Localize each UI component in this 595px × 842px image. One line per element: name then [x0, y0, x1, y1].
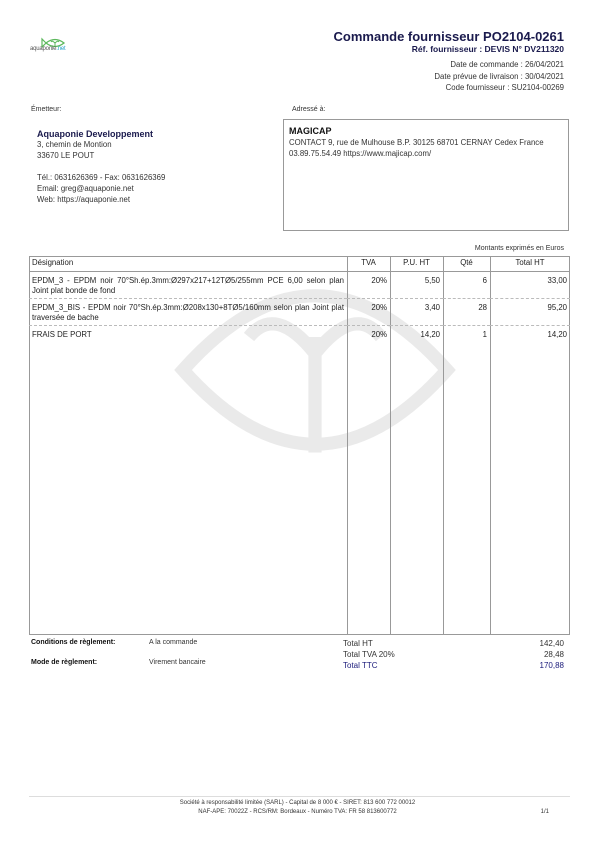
total-ttc-value: 170,88: [540, 661, 564, 670]
total-ht-value: 142,40: [540, 639, 564, 648]
row-unit-price: 3,40: [390, 299, 443, 326]
sender-email: Email: greg@aquaponie.net: [37, 183, 271, 194]
table-row: EPDM_3 - EPDM noir 70°Sh.ép.3mm:Ø297x217…: [29, 272, 570, 299]
row-total-ht: 14,20: [490, 326, 570, 353]
row-designation: FRAIS DE PORT: [29, 326, 347, 353]
total-tva-value: 28,48: [544, 650, 564, 659]
row-tva: 20%: [347, 272, 390, 299]
page-number: 1/1: [541, 809, 549, 815]
header-tva: TVA: [347, 256, 390, 272]
sender-name: Aquaponie Developpement: [37, 129, 271, 139]
row-quantity: 1: [443, 326, 490, 353]
total-tva-label: Total TVA 20%: [343, 650, 395, 659]
order-date: Date de commande : 26/04/2021: [450, 60, 564, 69]
footer-legal-line-1: Société à responsabilité limitée (SARL) …: [0, 800, 595, 806]
row-unit-price: 5,50: [390, 272, 443, 299]
row-unit-price: 14,20: [390, 326, 443, 353]
sender-label: Émetteur:: [31, 106, 61, 113]
row-total-ht: 95,20: [490, 299, 570, 326]
sender-phone: Tél.: 0631626369 - Fax: 0631626369: [37, 172, 271, 183]
row-designation: EPDM_3_BIS - EPDM noir 70°Sh.ép.3mm:Ø208…: [29, 299, 347, 326]
payment-mode-value: Virement bancaire: [149, 659, 206, 666]
recipient-details: CONTACT 9, rue de Mulhouse B.P. 30125 68…: [289, 137, 563, 159]
logo-text: aquaponie.net: [30, 46, 65, 52]
recipient-label: Adressé à:: [292, 106, 325, 113]
header-quantity: Qté: [443, 256, 490, 272]
header-total-ht: Total HT: [490, 256, 570, 272]
items-table: Désignation TVA P.U. HT Qté Total HT EPD…: [29, 256, 570, 352]
payment-conditions-label: Conditions de règlement:: [31, 639, 115, 646]
currency-note: Montants exprimés en Euros: [475, 245, 564, 252]
total-ttc-label: Total TTC: [343, 661, 378, 670]
sender-address-1: 3, chemin de Montion: [37, 139, 271, 150]
row-tva: 20%: [347, 326, 390, 353]
sender-address-2: 33670 LE POUT: [37, 150, 271, 161]
footer-divider: [29, 796, 570, 797]
recipient-block: MAGICAP CONTACT 9, rue de Mulhouse B.P. …: [283, 119, 569, 231]
payment-conditions-value: A la commande: [149, 639, 197, 646]
row-quantity: 28: [443, 299, 490, 326]
delivery-date: Date prévue de livraison : 30/04/2021: [434, 72, 564, 81]
sender-web: Web: https://aquaponie.net: [37, 194, 271, 205]
table-row: FRAIS DE PORT 20% 14,20 1 14,20: [29, 326, 570, 353]
order-title: Commande fournisseur PO2104-0261: [334, 29, 564, 44]
table-header-row: Désignation TVA P.U. HT Qté Total HT: [29, 256, 570, 272]
row-tva: 20%: [347, 299, 390, 326]
header-designation: Désignation: [29, 256, 347, 272]
supplier-reference: Réf. fournisseur : DEVIS N° DV211320: [412, 44, 564, 54]
header-unit-price: P.U. HT: [390, 256, 443, 272]
recipient-name: MAGICAP: [289, 126, 563, 137]
row-total-ht: 33,00: [490, 272, 570, 299]
total-ht-label: Total HT: [343, 639, 373, 648]
sender-block: Aquaponie Developpement 3, chemin de Mon…: [29, 118, 279, 230]
supplier-code: Code fournisseur : SU2104-00269: [446, 83, 564, 92]
table-row: EPDM_3_BIS - EPDM noir 70°Sh.ép.3mm:Ø208…: [29, 299, 570, 326]
payment-mode-label: Mode de règlement:: [31, 659, 97, 666]
row-designation: EPDM_3 - EPDM noir 70°Sh.ép.3mm:Ø297x217…: [29, 272, 347, 299]
footer-legal-line-2: NAF-APE: 70022Z - RCS/RM: Bordeaux - Num…: [0, 809, 595, 815]
row-quantity: 6: [443, 272, 490, 299]
